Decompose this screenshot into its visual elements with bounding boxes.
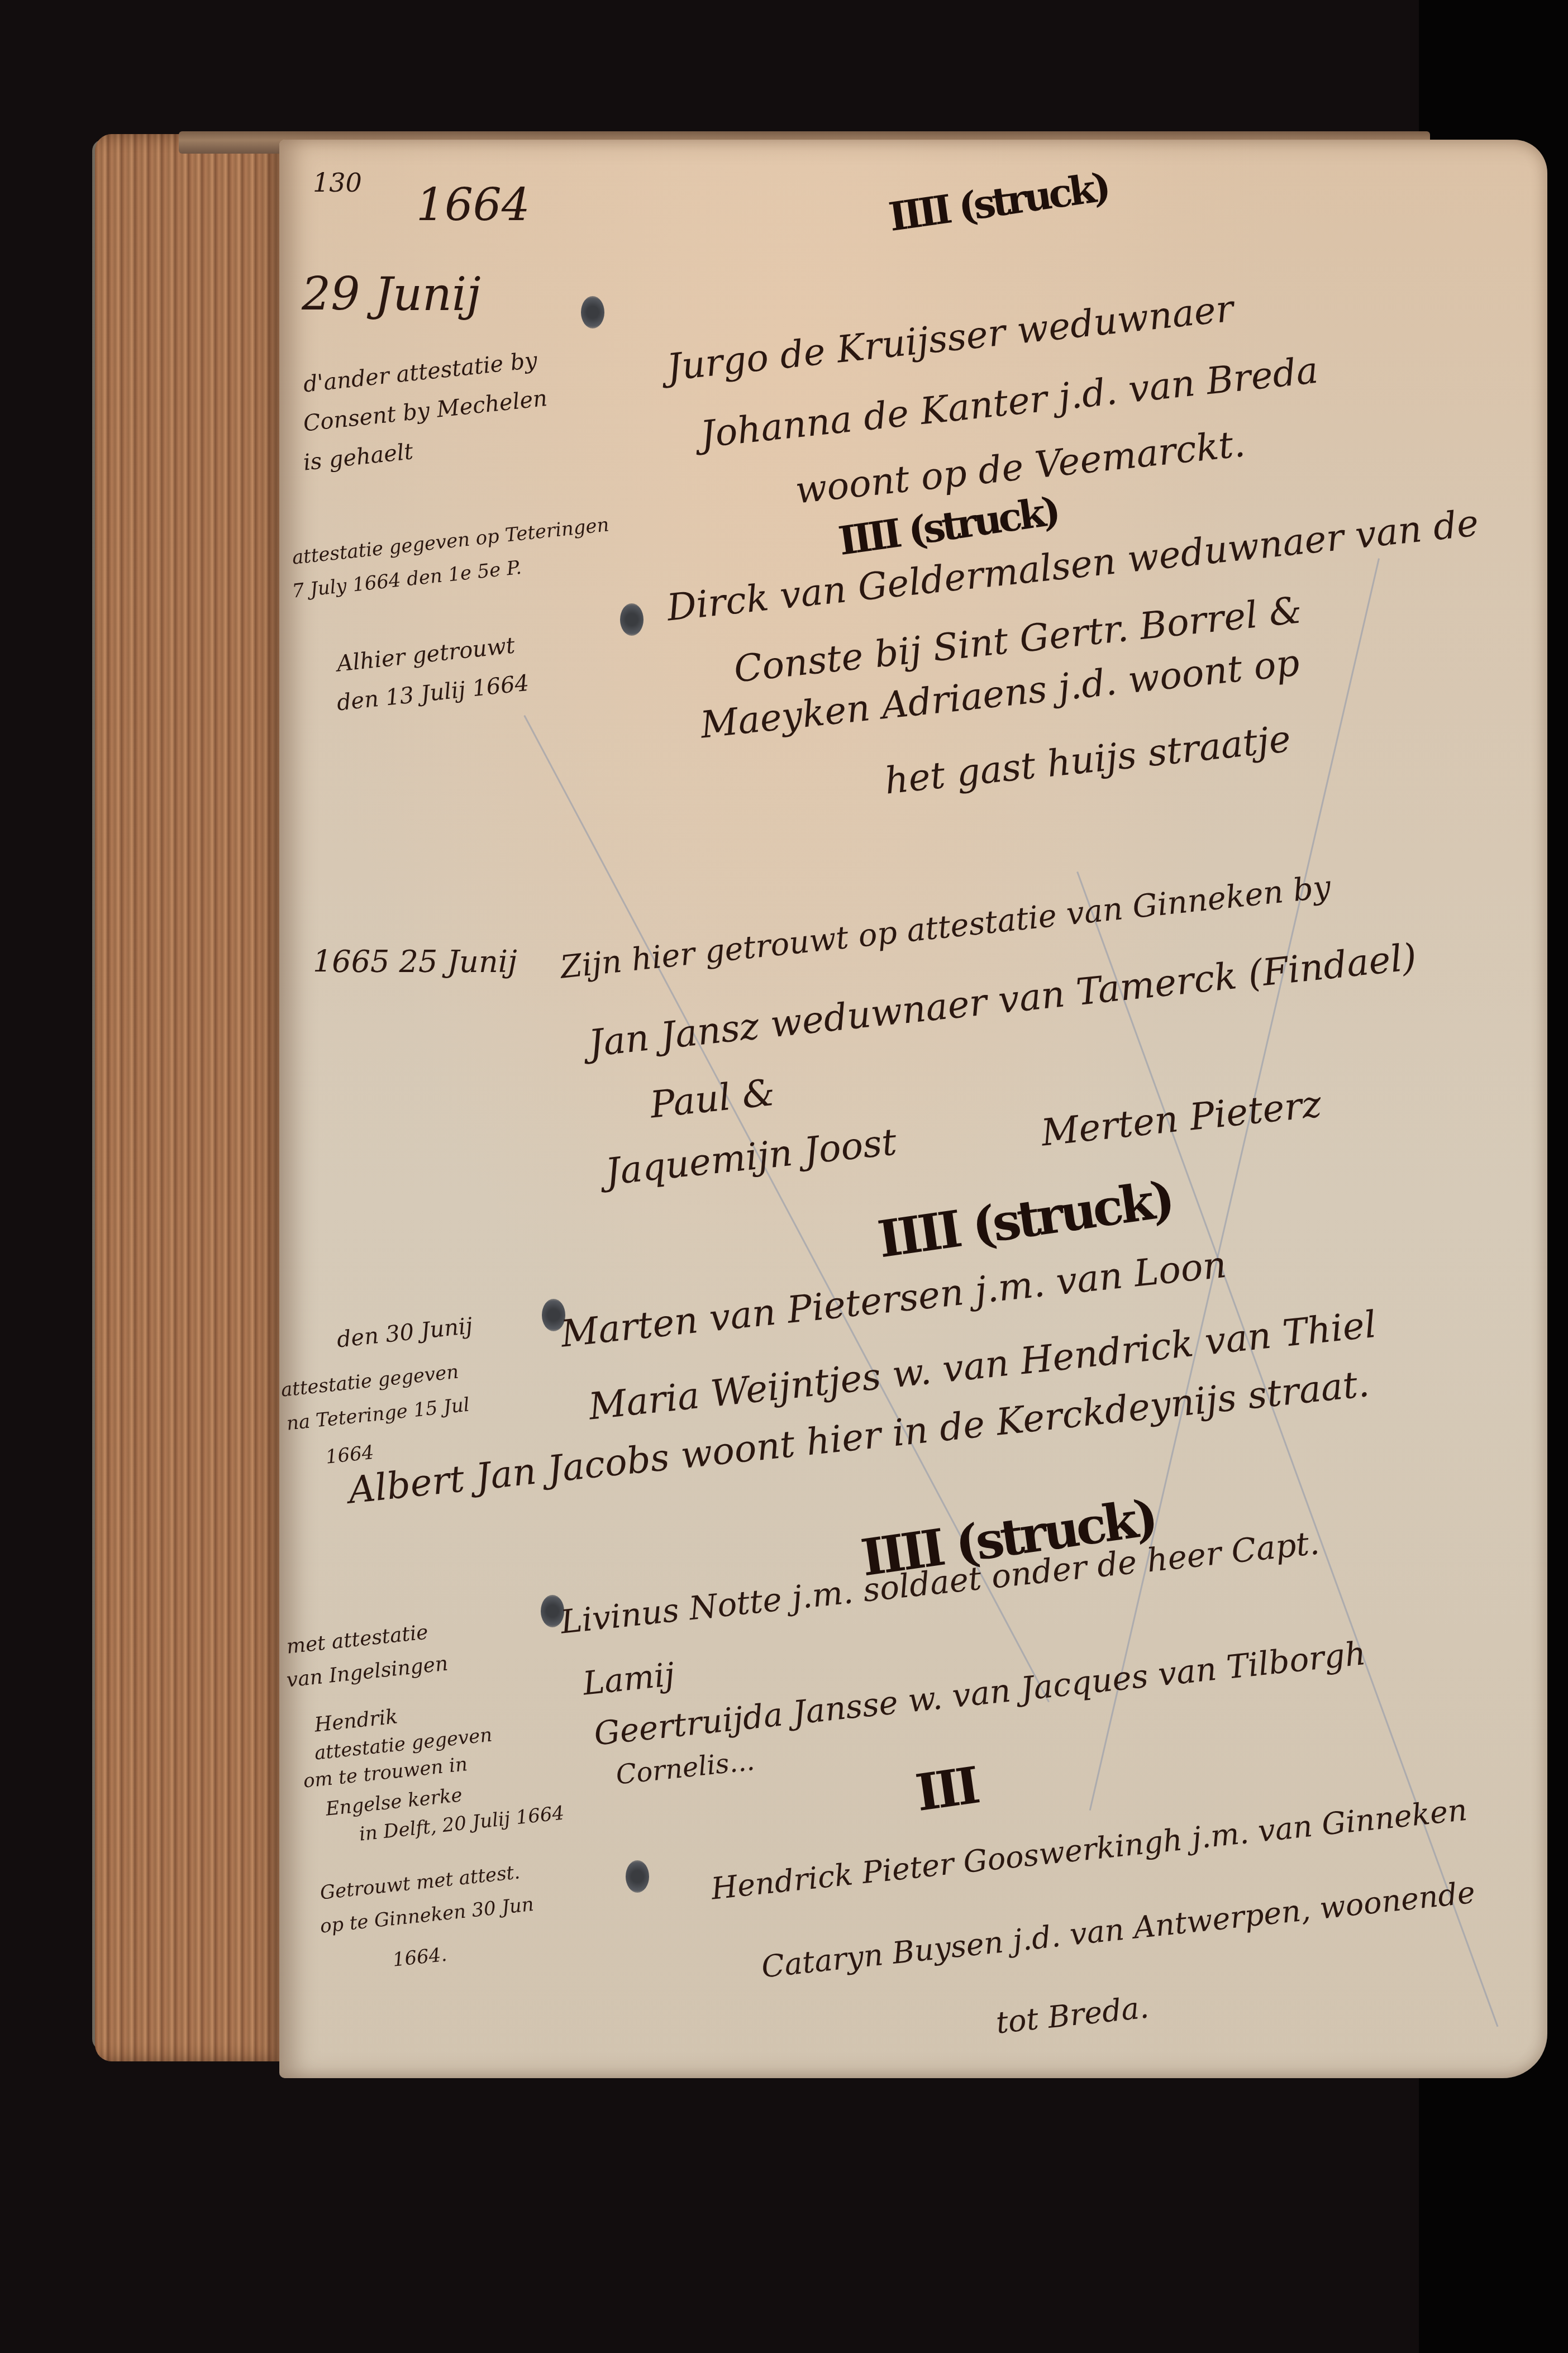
book-fore-edge xyxy=(95,134,285,2061)
folio-number: 130 xyxy=(313,168,362,198)
margin-note: 1664. xyxy=(391,1938,449,1976)
ink-dot-marker xyxy=(620,603,644,636)
year-heading: 1664 xyxy=(416,179,530,231)
tally-mark: III xyxy=(912,1756,980,1823)
ink-dot-marker xyxy=(581,296,604,328)
entry-date: 1665 25 Junij xyxy=(313,944,517,979)
ink-dot-marker xyxy=(626,1860,649,1893)
entry-date: 29 Junij xyxy=(302,268,481,321)
